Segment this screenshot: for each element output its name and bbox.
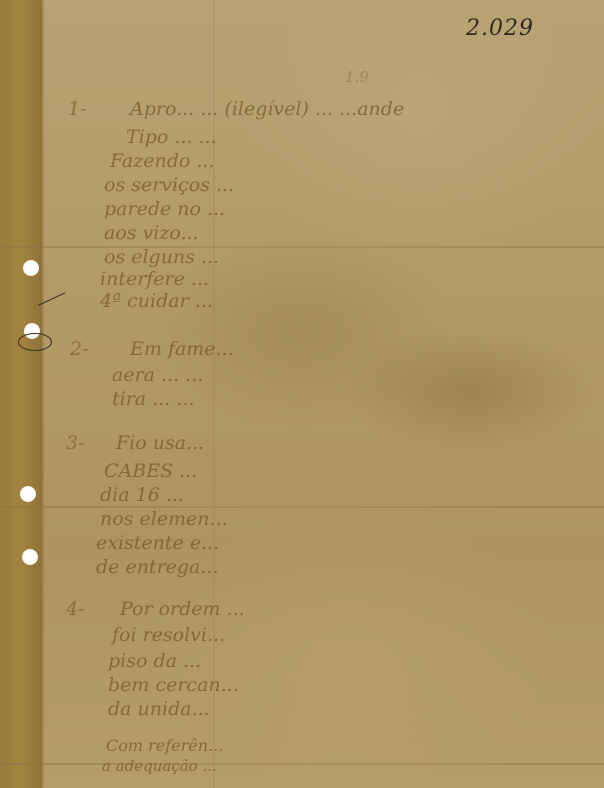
item-line: aos vizo...: [104, 222, 199, 244]
binding-strip: [0, 0, 42, 788]
item-line: Em fame...: [130, 338, 234, 360]
item-number: 2-: [70, 338, 89, 360]
item-number: 1-: [68, 98, 87, 120]
item-line: os elguns ...: [104, 246, 219, 268]
item-line: de entrega...: [96, 556, 219, 578]
item-line: da unida...: [108, 698, 210, 720]
item-line: interfere ...: [100, 268, 209, 290]
item-line: Fio usa...: [116, 432, 204, 454]
item-line: piso da ...: [108, 650, 201, 672]
item-line: CABES ...: [104, 460, 197, 482]
footer-line: Com referên...: [106, 736, 223, 755]
punch-hole: [20, 486, 36, 502]
fold-crease: [0, 763, 604, 765]
fold-crease: [0, 506, 604, 508]
item-number: 3-: [66, 432, 85, 454]
item-number: 4-: [66, 598, 85, 620]
item-line: Por ordem ...: [120, 598, 245, 620]
item-line: nos elemen...: [100, 508, 228, 530]
item-line: os serviços ...: [104, 174, 234, 196]
item-line: aera ... ...: [112, 364, 203, 386]
item-line: Apro... ... (ilegível) ... ...ande: [130, 98, 404, 120]
footer-line: a adequação ...: [102, 757, 217, 775]
pen-loop-mark: [18, 333, 52, 351]
punch-hole: [23, 260, 39, 276]
item-line: Fazendo ...: [110, 150, 214, 172]
item-line: dia 16 ...: [100, 484, 184, 506]
page-number: 2.029: [466, 16, 534, 41]
fold-crease: [0, 246, 604, 248]
item-line: 4ª cuidar ...: [100, 290, 213, 312]
item-line: Tipo ... ...: [126, 126, 217, 148]
item-line: foi resolvi...: [112, 624, 225, 646]
document-page: 2.029 1.9 1- Apro... ... (ilegível) ... …: [0, 0, 604, 788]
header-faint-mark: 1.9: [345, 68, 369, 86]
punch-hole: [22, 549, 38, 565]
item-line: bem cercan...: [108, 674, 239, 696]
item-line: existente e...: [96, 532, 219, 554]
item-line: tira ... ...: [112, 388, 194, 410]
item-line: parede no ...: [104, 198, 225, 220]
